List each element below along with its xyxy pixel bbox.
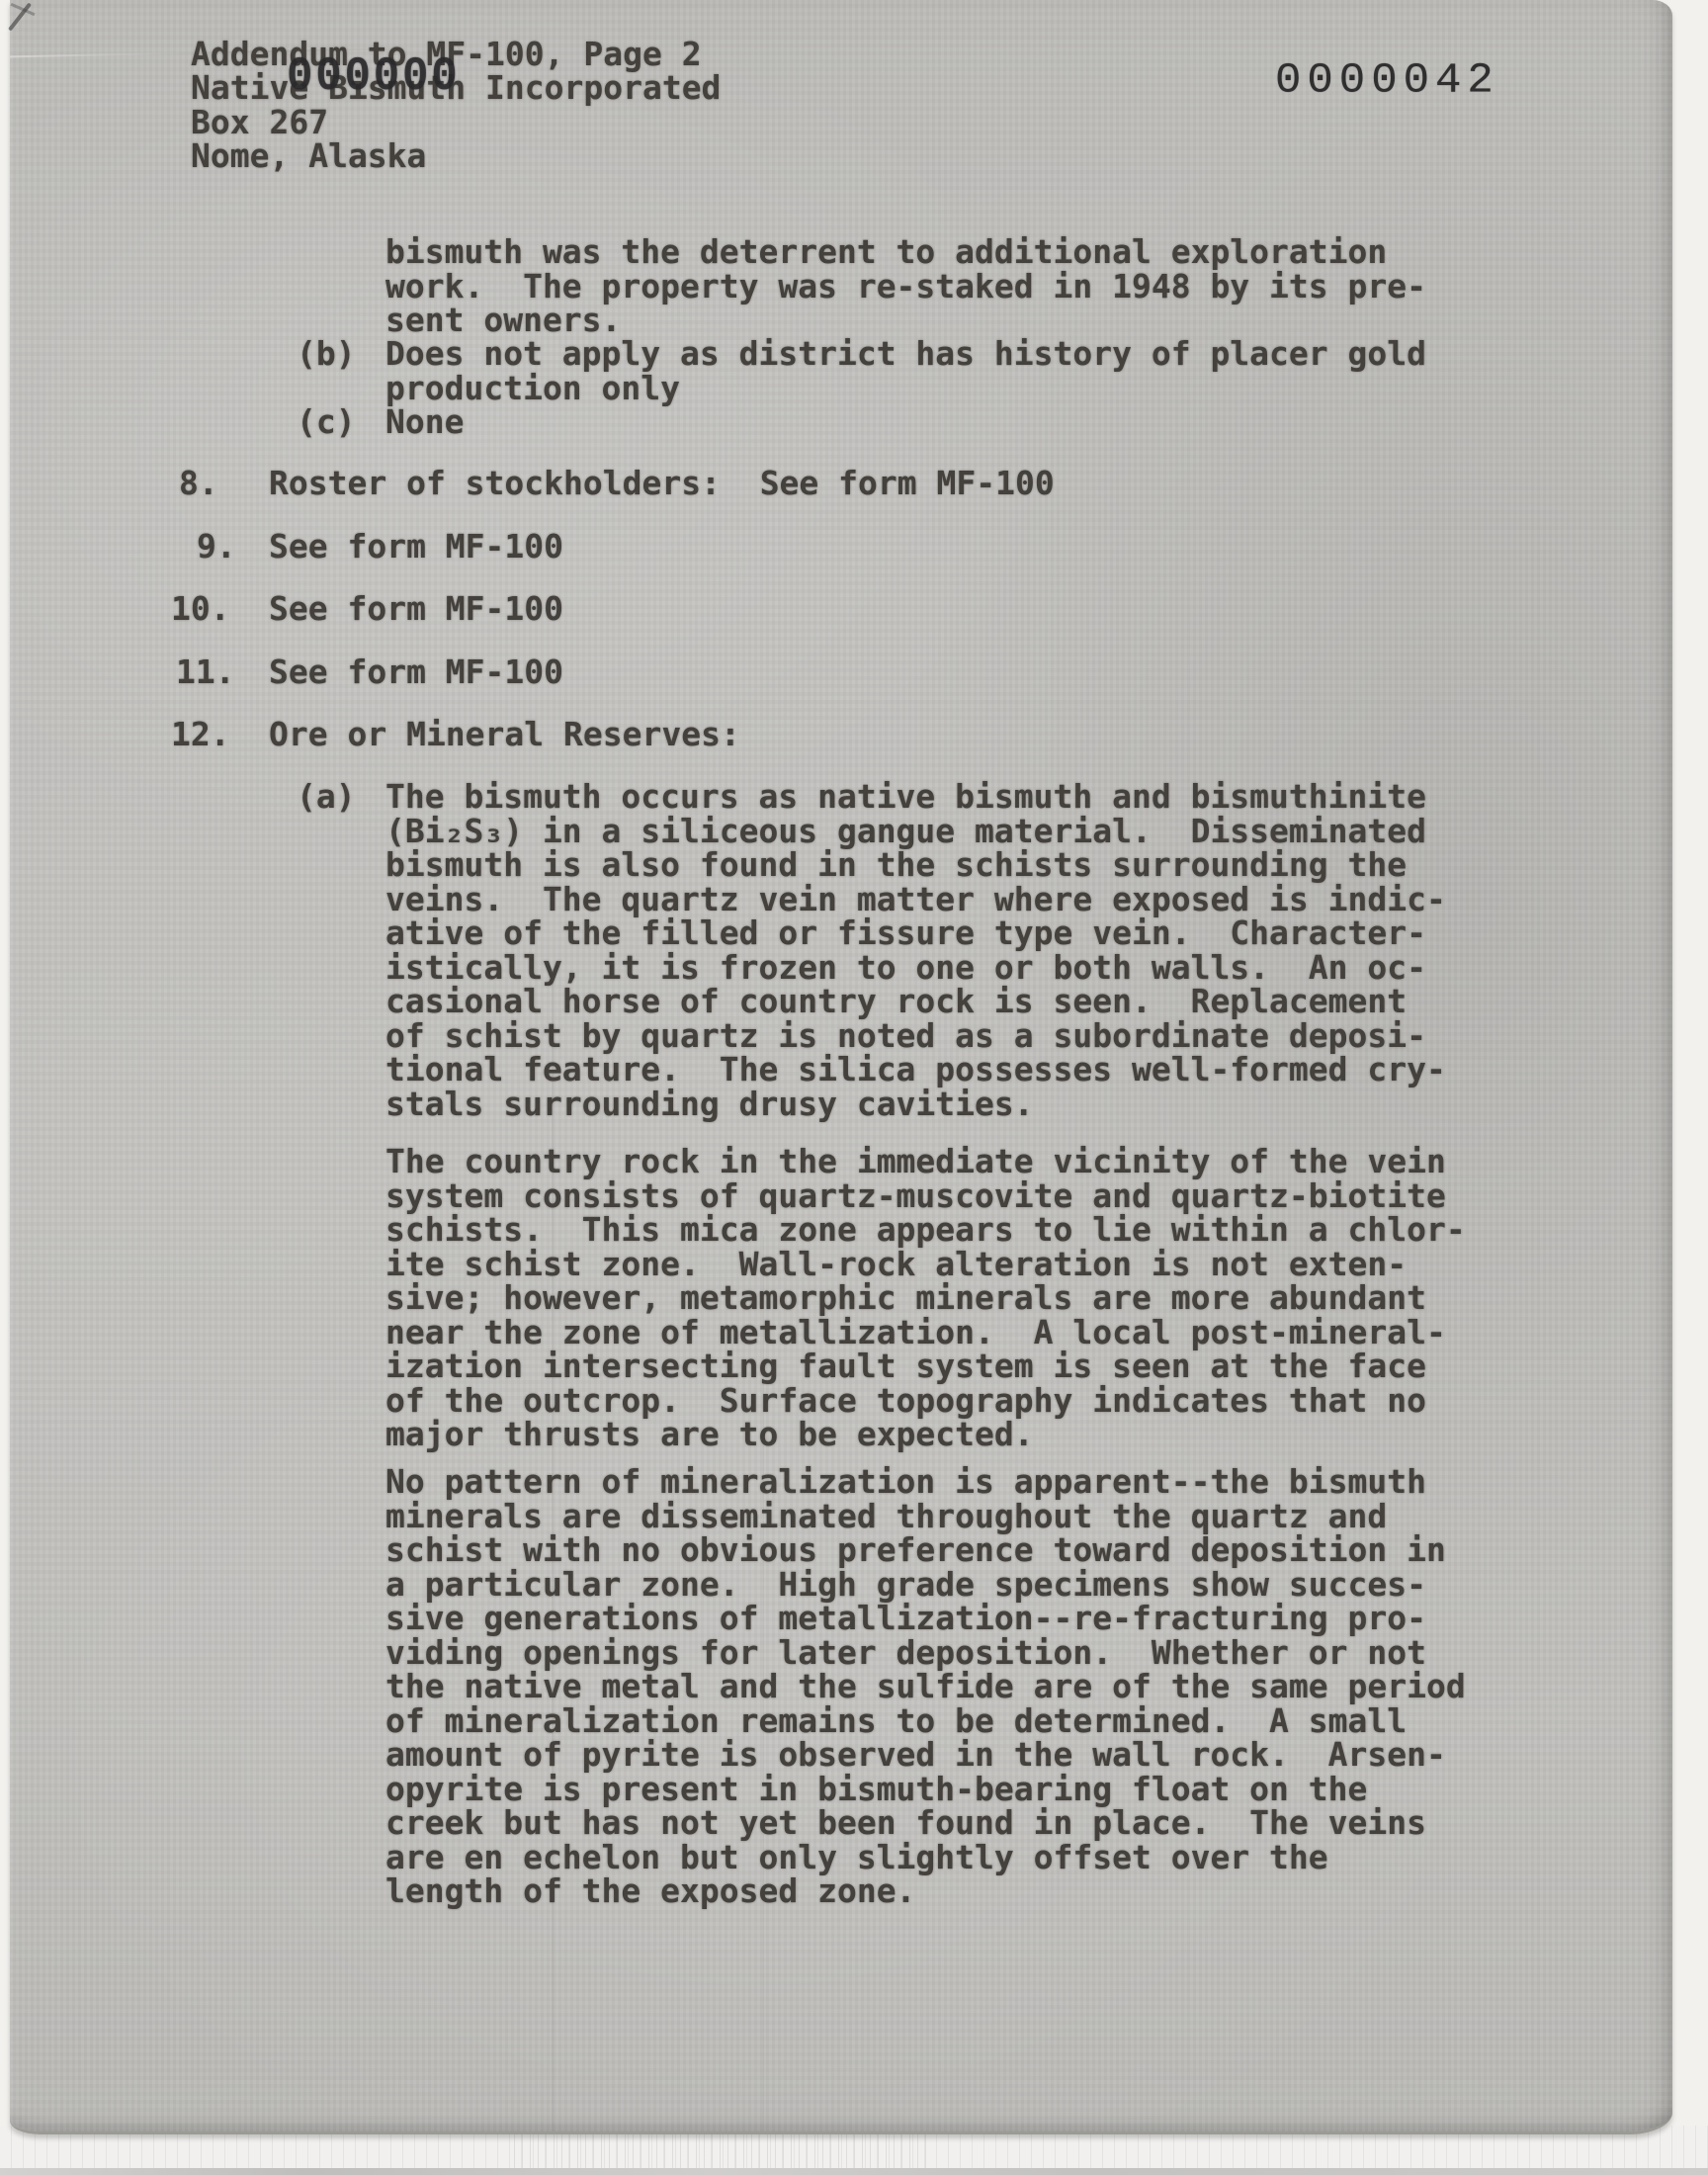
serial-number-stamp: 0000042 [1275,60,1499,102]
header-line-box: Box 267 [191,106,328,140]
header-line-city: Nome, Alaska [191,139,426,174]
sub-item-b-label: (b) [297,337,356,372]
item-8-text: Roster of stockholders: See form MF-100 [269,467,1055,501]
item-8-number: 8. [179,467,218,501]
item-9-number: 9. [197,530,236,565]
sub-item-b-text: Does not apply as district has history o… [385,337,1426,405]
sub-item-c-label: (c) [297,405,356,440]
item-12-number: 12. [171,718,230,752]
item-9-text: See form MF-100 [269,530,563,565]
item-12-text: Ore or Mineral Reserves: [269,718,740,752]
scanned-document-page: Addendum to MF-100, Page 2 Native Bismut… [0,0,1708,2175]
continuation-paragraph: bismuth was the deterrent to additional … [385,235,1426,338]
item-11-text: See form MF-100 [269,655,563,690]
item-12a-paragraph-3: No pattern of mineralization is apparent… [385,1465,1466,1909]
sub-item-c-text: None [385,405,464,440]
overstamp-digits: 000000 [287,53,461,101]
paper-sheet: Addendum to MF-100, Page 2 Native Bismut… [10,0,1672,2134]
item-10-text: See form MF-100 [269,592,563,627]
item-11-number: 11. [176,655,235,690]
item-12a-label: (a) [297,780,356,815]
item-12a-paragraph-1: The bismuth occurs as native bismuth and… [385,780,1446,1121]
item-10-number: 10. [171,592,230,627]
scanner-edge-line [0,2168,1708,2175]
item-12a-paragraph-2: The country rock in the immediate vicini… [385,1145,1466,1452]
